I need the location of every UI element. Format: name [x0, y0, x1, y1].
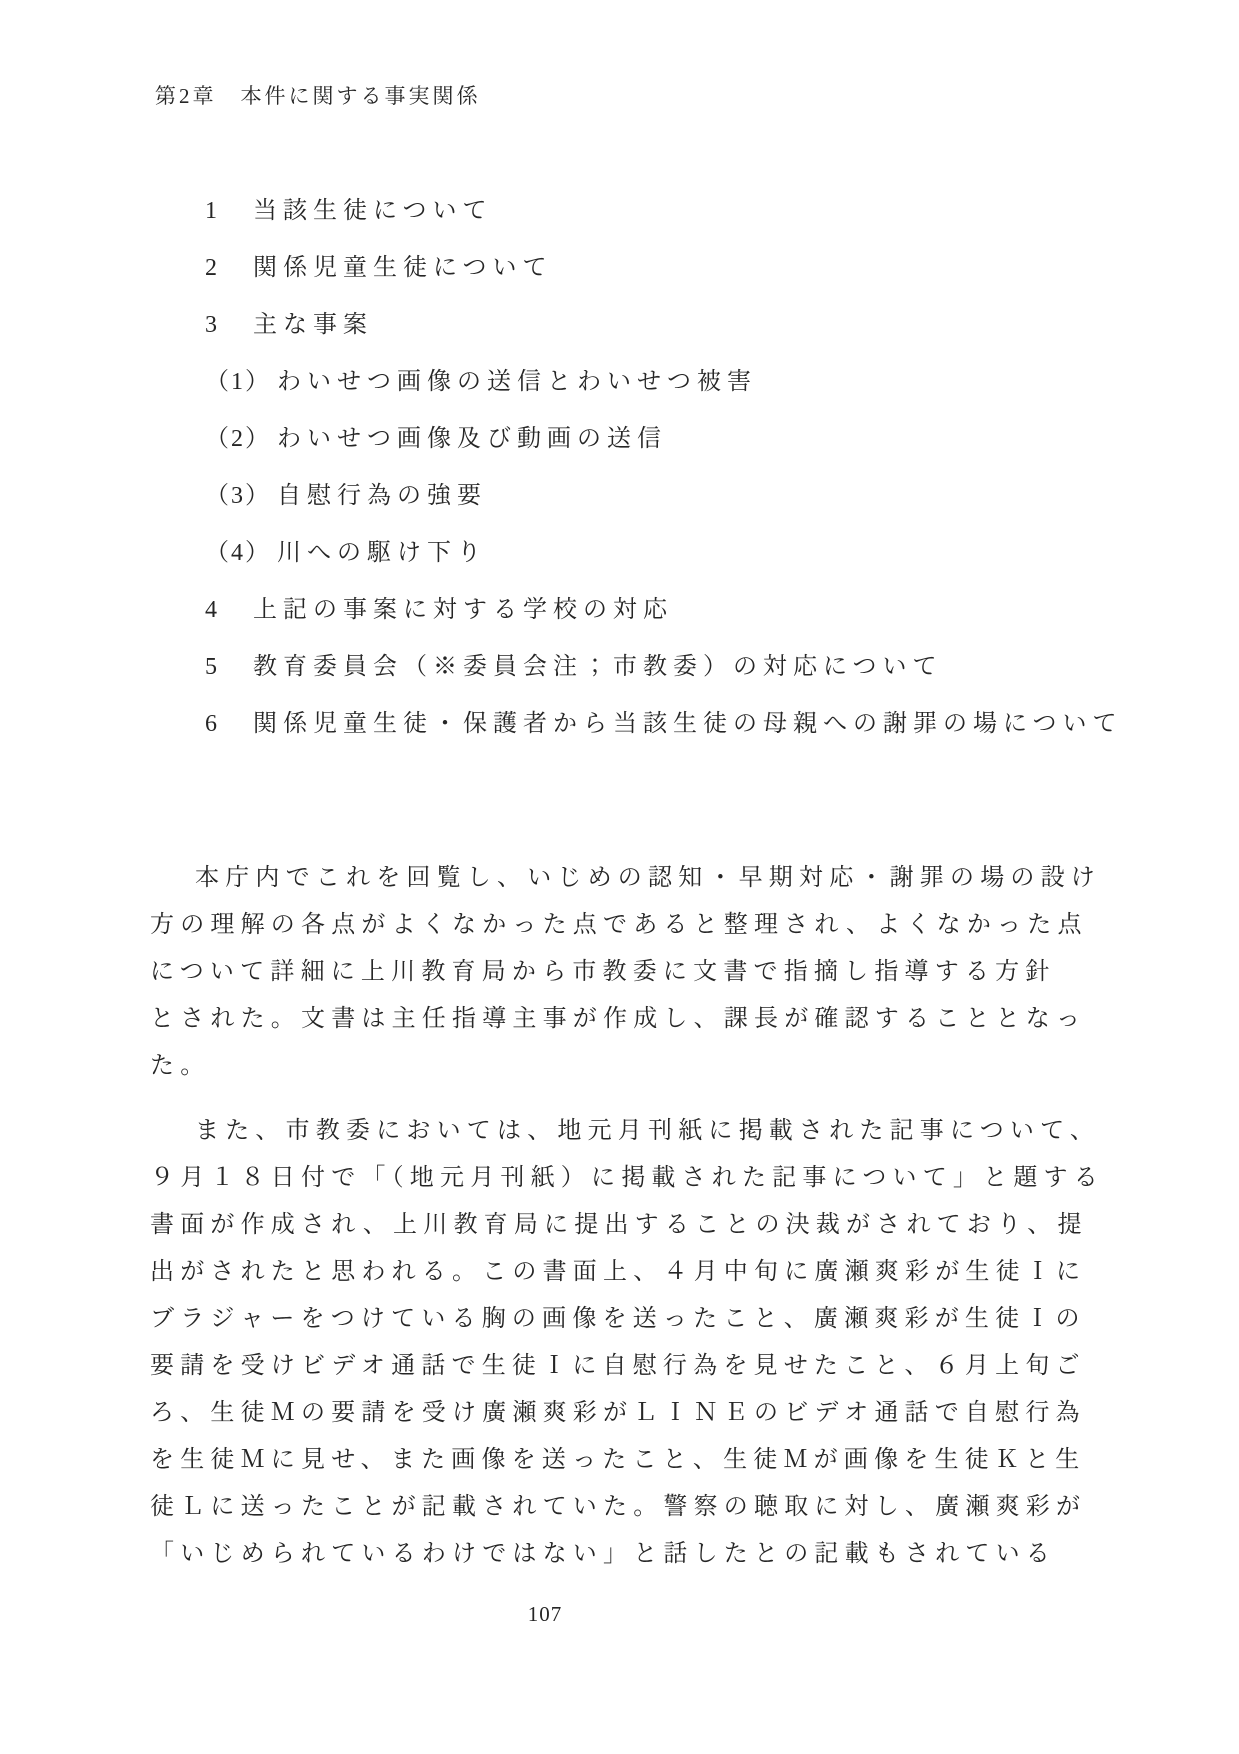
toc-item-label: わいせつ画像の送信とわいせつ被害 [277, 367, 757, 397]
toc-item: 2関係児童生徒について [205, 253, 1165, 283]
document-page: 第2章 本件に関する事実関係 1当該生徒について2関係児童生徒について3主な事案… [0, 0, 1239, 1754]
paragraph-line: 書面が作成され、上川教育局に提出することの決裁がされており、提 [150, 1202, 1110, 1249]
toc-item-label: 主な事案 [253, 310, 373, 340]
page-number: 107 [505, 1602, 585, 1627]
toc-item: 5教育委員会（※委員会注；市教委）の対応について [205, 652, 1165, 682]
toc-item-label: 教育委員会（※委員会注；市教委）の対応について [253, 652, 943, 682]
paragraph: 本庁内でこれを回覧し、いじめの認知・早期対応・謝罪の場の設け方の理解の各点がよく… [150, 855, 1110, 1090]
paragraph-line: 方の理解の各点がよくなかった点であると整理され、よくなかった点 [150, 902, 1110, 949]
toc-item-number: （1） [205, 367, 277, 397]
toc-item: 4上記の事案に対する学校の対応 [205, 595, 1165, 625]
chapter-header: 第2章 本件に関する事実関係 [155, 80, 481, 110]
toc-item: 3主な事案 [205, 310, 1165, 340]
toc-item: （4）川への駆け下り [205, 538, 1165, 568]
toc-item-number: （3） [205, 481, 277, 511]
paragraph-line: 出がされたと思われる。この書面上、４月中旬に廣瀬爽彩が生徒Ｉに [150, 1249, 1110, 1296]
paragraph-line: 本庁内でこれを回覧し、いじめの認知・早期対応・謝罪の場の設け [150, 855, 1110, 902]
toc-item: （2）わいせつ画像及び動画の送信 [205, 424, 1165, 454]
toc-item-label: 関係児童生徒について [253, 253, 553, 283]
paragraph: また、市教委においては、地元月刊紙に掲載された記事について、９月１８日付で「（地… [150, 1108, 1110, 1578]
toc-item-number: （2） [205, 424, 277, 454]
paragraph-line: 徒Ｌに送ったことが記載されていた。警察の聴取に対し、廣瀬爽彩が [150, 1484, 1110, 1531]
toc-item-number: 6 [205, 709, 253, 739]
toc-item-label: 当該生徒について [253, 196, 493, 226]
toc-item-label: 関係児童生徒・保護者から当該生徒の母親への謝罪の場について [253, 709, 1123, 739]
toc-item-number: 1 [205, 196, 253, 226]
paragraph-line: ブラジャーをつけている胸の画像を送ったこと、廣瀬爽彩が生徒Ｉの [150, 1296, 1110, 1343]
toc-item-number: 2 [205, 253, 253, 283]
toc-item: （3）自慰行為の強要 [205, 481, 1165, 511]
toc-item-number: 3 [205, 310, 253, 340]
toc-item-number: 4 [205, 595, 253, 625]
paragraph-line: を生徒Ｍに見せ、また画像を送ったこと、生徒Ｍが画像を生徒Ｋと生 [150, 1437, 1110, 1484]
toc-item-label: 上記の事案に対する学校の対応 [253, 595, 673, 625]
toc-item-label: 自慰行為の強要 [277, 481, 487, 511]
toc-item-number: （4） [205, 538, 277, 568]
paragraph-line: 「いじめられているわけではない」と話したとの記載もされている [150, 1531, 1110, 1578]
paragraph-line: 要請を受けビデオ通話で生徒Ｉに自慰行為を見せたこと、６月上旬ご [150, 1343, 1110, 1390]
paragraph-line: とされた。文書は主任指導主事が作成し、課長が確認することとなっ [150, 996, 1110, 1043]
toc-item: 6関係児童生徒・保護者から当該生徒の母親への謝罪の場について [205, 709, 1165, 739]
paragraph-line: た。 [150, 1043, 1110, 1090]
body-text: 本庁内でこれを回覧し、いじめの認知・早期対応・謝罪の場の設け方の理解の各点がよく… [150, 855, 1110, 1578]
toc-item: 1当該生徒について [205, 196, 1165, 226]
paragraph-line: また、市教委においては、地元月刊紙に掲載された記事について、 [150, 1108, 1110, 1155]
paragraph-line: ろ、生徒Ｍの要請を受け廣瀬爽彩がＬＩＮＥのビデオ通話で自慰行為 [150, 1390, 1110, 1437]
paragraph-line: について詳細に上川教育局から市教委に文書で指摘し指導する方針 [150, 949, 1110, 996]
paragraph-line: ９月１８日付で「（地元月刊紙）に掲載された記事について」と題する [150, 1155, 1110, 1202]
toc-item-number: 5 [205, 652, 253, 682]
toc-item-label: わいせつ画像及び動画の送信 [277, 424, 667, 454]
toc-list: 1当該生徒について2関係児童生徒について3主な事案（1）わいせつ画像の送信とわい… [205, 196, 1165, 766]
toc-item-label: 川への駆け下り [277, 538, 487, 568]
toc-item: （1）わいせつ画像の送信とわいせつ被害 [205, 367, 1165, 397]
